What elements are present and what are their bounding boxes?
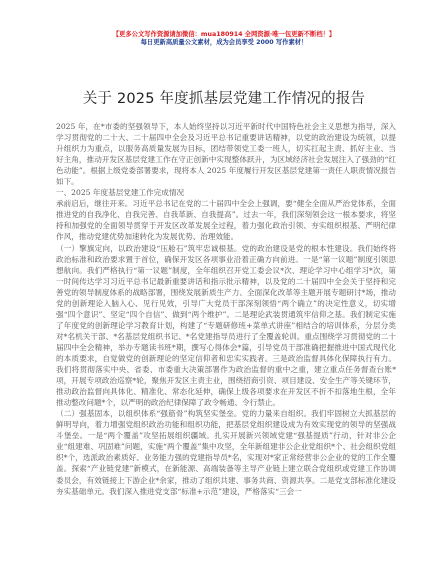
promo-banner-line-1: 【更多公文写作资源请加微信：mua180914 全网资源·唯一包更新不断档！】 [0, 31, 448, 39]
document-page: 【更多公文写作资源请加微信：mua180914 全网资源·唯一包更新不断档！】 … [0, 0, 448, 580]
document-body: 2025 年，在*市委的坚强领导下，本人始终坚持以习近平新时代中国特色社会主义思… [56, 121, 396, 497]
section-intro-paragraph: 承前启后，继往开来。习近平总书记在党的二十届四中全会上强调，要“健全全面从严治党… [56, 198, 396, 242]
subsection-organization-building: （二）强基固本，以组织体系“强筋骨”构筑坚实堡垒。党的力量来自组织。我们牢固树立… [56, 408, 396, 496]
document-title: 关于 2025 年度抓基层党建工作情况的报告 [0, 87, 448, 108]
promo-banner-line-2: 每日更新高质量公文素材，成为会员享受 2000 写作素材！ [0, 39, 448, 47]
section-heading-1: 一、2025 年度基层党建工作完成情况 [56, 187, 396, 198]
subsection-political-building: （一）擎旗定向，以政治建设“压舱石”筑牢忠诚根基。党的政治建设是党的根本性建设。… [56, 243, 396, 409]
intro-paragraph: 2025 年，在*市委的坚强领导下，本人始终坚持以习近平新时代中国特色社会主义思… [56, 121, 396, 187]
